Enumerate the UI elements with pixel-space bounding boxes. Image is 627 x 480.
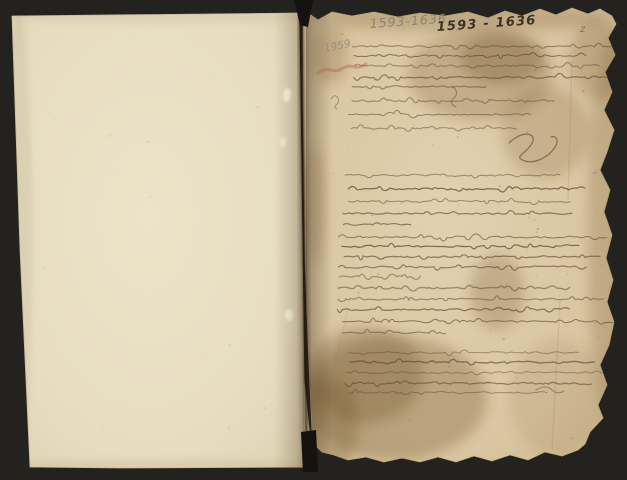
- speck: [428, 52, 429, 53]
- book-scan-image: 1593-1636 1593 - 1636 1959 z: [0, 0, 627, 480]
- speck: [537, 228, 539, 230]
- speck: [23, 236, 24, 237]
- scuff-mark: [283, 88, 291, 102]
- left-page: [4, 5, 330, 475]
- speck: [357, 291, 359, 293]
- speck: [593, 172, 595, 174]
- speck: [598, 335, 600, 337]
- speck: [490, 439, 491, 440]
- speck: [432, 144, 433, 145]
- speck: [585, 44, 587, 46]
- speck: [597, 243, 598, 244]
- speck: [596, 171, 598, 173]
- speck: [557, 239, 558, 240]
- speck: [457, 136, 459, 138]
- speck: [448, 366, 450, 368]
- speck: [388, 262, 389, 263]
- speck: [341, 33, 343, 35]
- left-page-paper: [12, 13, 313, 468]
- speck: [228, 426, 230, 428]
- speck: [229, 344, 231, 346]
- speck: [423, 134, 424, 135]
- speck: [374, 79, 376, 81]
- speck: [536, 231, 538, 233]
- speck: [49, 112, 51, 114]
- speck: [600, 265, 601, 266]
- speck: [569, 395, 570, 396]
- speck: [257, 106, 259, 108]
- speck: [215, 78, 216, 79]
- speck: [150, 303, 152, 305]
- speck: [546, 23, 548, 25]
- speck: [516, 377, 518, 379]
- speck: [582, 373, 583, 374]
- speck: [107, 135, 108, 136]
- speck: [371, 214, 373, 216]
- speck: [410, 272, 411, 273]
- speck: [527, 250, 528, 251]
- speck: [108, 451, 109, 452]
- speck: [466, 189, 468, 191]
- speck: [349, 418, 351, 420]
- corner-mark: z: [579, 24, 586, 35]
- speck: [347, 146, 349, 148]
- speck: [457, 204, 459, 206]
- speck: [503, 338, 505, 340]
- speck: [49, 331, 50, 332]
- speck: [602, 263, 604, 265]
- speck: [335, 357, 337, 359]
- speck: [148, 28, 149, 29]
- speck: [488, 382, 490, 384]
- scuff-mark: [285, 309, 293, 321]
- speck: [566, 325, 567, 326]
- speck: [277, 24, 279, 26]
- speck: [598, 20, 600, 22]
- speck: [66, 154, 67, 155]
- right-page: 1593-1636 1593 - 1636 1959 z: [302, 5, 627, 473]
- gutter-gap-bottom: [301, 430, 318, 472]
- speck: [167, 310, 168, 311]
- speck: [528, 216, 530, 218]
- speck: [533, 219, 535, 221]
- speck: [480, 400, 481, 401]
- speck: [597, 211, 598, 212]
- speck: [113, 175, 114, 176]
- speck: [499, 185, 501, 187]
- speck: [332, 172, 334, 174]
- speck: [412, 123, 414, 125]
- speck: [109, 135, 111, 137]
- speck: [352, 57, 353, 58]
- speck: [426, 358, 427, 359]
- speck: [41, 205, 42, 206]
- manuscript-scan-viewer: 1593-1636 1593 - 1636 1959 z: [0, 0, 627, 480]
- speck: [582, 90, 584, 92]
- speck: [459, 190, 461, 192]
- speck: [436, 80, 438, 82]
- speck: [540, 72, 541, 73]
- speck: [149, 196, 151, 198]
- speck: [571, 437, 573, 439]
- speck: [409, 419, 411, 421]
- speck: [581, 311, 582, 312]
- speck: [291, 346, 293, 348]
- speck: [118, 455, 119, 456]
- speck: [147, 141, 149, 143]
- speck: [567, 273, 569, 275]
- scuff-mark: [280, 137, 286, 147]
- speck: [271, 403, 273, 405]
- speck: [594, 322, 595, 323]
- speck: [527, 132, 529, 134]
- speck: [580, 342, 581, 343]
- speck: [400, 203, 401, 204]
- speck: [132, 33, 134, 35]
- speck: [206, 358, 207, 359]
- speck: [536, 276, 537, 277]
- speck: [438, 350, 439, 351]
- speck: [377, 273, 379, 275]
- speck: [264, 407, 266, 409]
- speck: [55, 344, 56, 345]
- speck: [534, 69, 536, 71]
- speck: [103, 425, 105, 427]
- speck: [420, 448, 422, 450]
- speck: [489, 329, 491, 331]
- speck: [44, 267, 46, 269]
- speck: [444, 52, 445, 53]
- speck: [488, 294, 489, 295]
- speck: [194, 46, 195, 47]
